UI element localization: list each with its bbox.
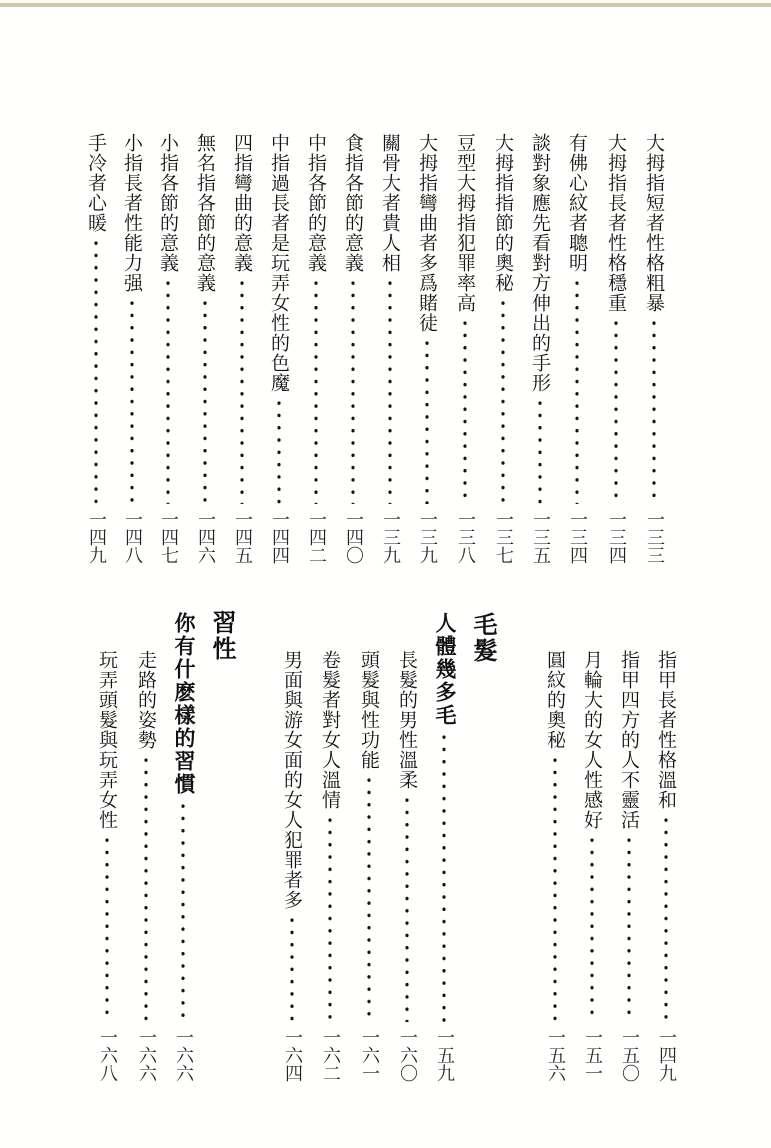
- toc-page-number: 一六一: [359, 1028, 379, 1082]
- toc-entry-title[interactable]: 豆型大拇指犯罪率高: [454, 133, 476, 313]
- toc-page-number: 一五一: [582, 1028, 602, 1082]
- dot-leader: [166, 277, 170, 504]
- toc-page-number: 一五〇: [619, 1028, 639, 1082]
- toc-entry-title[interactable]: 頭髮與性功能: [358, 650, 380, 770]
- toc-entry-title[interactable]: 中指各節的意義: [305, 133, 327, 273]
- dot-leader: [538, 397, 542, 504]
- toc-entry-title[interactable]: 關骨大者貴人相: [379, 133, 401, 273]
- toc-page-number: 一四九: [86, 510, 106, 564]
- dot-leader: [575, 277, 579, 504]
- toc-entry-title[interactable]: 指甲長者性格溫和: [655, 650, 677, 810]
- dot-leader: [425, 337, 429, 504]
- dot-leader: [240, 277, 244, 504]
- dot-leader: [203, 297, 207, 504]
- toc-page-number: 一三九: [417, 510, 437, 564]
- toc-page-number: 一四二: [306, 510, 326, 564]
- dot-leader: [290, 914, 294, 1022]
- chapter-heading-hair: 毛髮: [470, 612, 496, 664]
- dot-leader: [130, 297, 134, 504]
- dot-leader: [277, 397, 281, 504]
- dot-leader: [144, 754, 148, 1022]
- toc-page-number: 一四〇: [343, 510, 363, 564]
- toc-entry-title[interactable]: 小指各節的意義: [157, 133, 179, 273]
- toc-page-number: 一三七: [493, 510, 513, 564]
- toc-page-number: 一三八: [455, 510, 475, 564]
- toc-page-number: 一三五: [530, 510, 550, 564]
- toc-entry-title[interactable]: 走路的姿勢: [135, 650, 157, 750]
- toc-page-number: 一五九: [434, 1028, 454, 1082]
- dot-leader: [463, 317, 467, 504]
- toc-entry-title[interactable]: 指甲四方的人不靈活: [618, 650, 640, 830]
- dot-leader: [105, 834, 109, 1022]
- toc-entry-title[interactable]: 手冷者心暖: [85, 133, 107, 233]
- toc-entry-title[interactable]: 月輪大的女人性感好: [581, 650, 603, 830]
- dot-leader: [328, 814, 332, 1022]
- toc-page-number: 一六四: [282, 1028, 302, 1082]
- dot-leader: [501, 297, 505, 504]
- toc-page-number: 一六六: [136, 1028, 156, 1082]
- toc-entry-title[interactable]: 大拇指指節的奧秘: [492, 133, 514, 293]
- dot-leader: [627, 834, 631, 1022]
- toc-entry-title[interactable]: 食指各節的意義: [342, 133, 364, 273]
- toc-page-number: 一四七: [158, 510, 178, 564]
- dot-leader: [614, 317, 618, 504]
- toc-page-number: 一六〇: [397, 1028, 417, 1082]
- toc-page-number: 一四九: [656, 1028, 676, 1082]
- toc-entry-title[interactable]: 圓紋的奧秘: [544, 650, 566, 750]
- chapter-heading-habits: 習性: [209, 610, 235, 662]
- dot-leader: [367, 774, 371, 1022]
- toc-entry-title[interactable]: 無名指各節的意義: [194, 133, 216, 293]
- toc-entry-title[interactable]: 中指過長者是玩弄女性的色魔: [268, 133, 290, 393]
- toc-entry-title[interactable]: 大拇指長者性格穩重: [605, 133, 627, 313]
- section-heading-habits-question[interactable]: 你有什麽樣的習慣: [172, 612, 196, 796]
- toc-entry-title[interactable]: 卷髮者對女人溫情: [319, 650, 341, 810]
- toc-page-number: 一三四: [567, 510, 587, 564]
- toc-page-number: 一四六: [195, 510, 215, 564]
- toc-entry-title[interactable]: 長髮的男性溫柔: [396, 650, 418, 790]
- toc-page-number: 一三三: [644, 510, 664, 564]
- toc-entry-title[interactable]: 玩弄頭髮與玩弄女性: [96, 650, 118, 830]
- dot-leader: [405, 794, 409, 1022]
- dot-leader: [351, 277, 355, 504]
- dot-leader: [553, 754, 557, 1022]
- toc-entry-title[interactable]: 男面與游女面的女人犯罪者多: [281, 650, 303, 910]
- toc-entry-title[interactable]: 四指彎曲的意義: [231, 133, 253, 273]
- toc-page-number: 一六六: [173, 1028, 193, 1082]
- toc-page-number: 一四四: [269, 510, 289, 564]
- section-heading-body-hair[interactable]: 人體幾多毛: [433, 612, 457, 727]
- dot-leader: [94, 237, 98, 504]
- page-top-rule: [0, 3, 771, 7]
- toc-entry-title[interactable]: 談對象應先看對方伸出的手形: [529, 133, 551, 393]
- toc-entry-title[interactable]: 有佛心紋者聰明: [566, 133, 588, 273]
- toc-entry-title[interactable]: 大拇指彎曲者多爲賭徒: [416, 133, 438, 333]
- dot-leader: [652, 317, 656, 504]
- toc-page-number: 一六二: [320, 1028, 340, 1082]
- toc-page-number: 一六八: [97, 1028, 117, 1082]
- toc-page-number: 一四五: [232, 510, 252, 564]
- toc-entry-title[interactable]: 大拇指短者性格粗暴: [643, 133, 665, 313]
- dot-leader: [664, 814, 668, 1022]
- dot-leader: [388, 277, 392, 504]
- toc-page-number: 一三九: [380, 510, 400, 564]
- toc-page-number: 一五六: [545, 1028, 565, 1082]
- dot-leader: [590, 834, 594, 1022]
- dot-leader: [442, 731, 446, 1022]
- toc-page-number: 一四八: [122, 510, 142, 564]
- dot-leader: [181, 800, 185, 1022]
- toc-page-number: 一三四: [606, 510, 626, 564]
- dot-leader: [314, 277, 318, 504]
- toc-entry-title[interactable]: 小指長者性能力强: [121, 133, 143, 293]
